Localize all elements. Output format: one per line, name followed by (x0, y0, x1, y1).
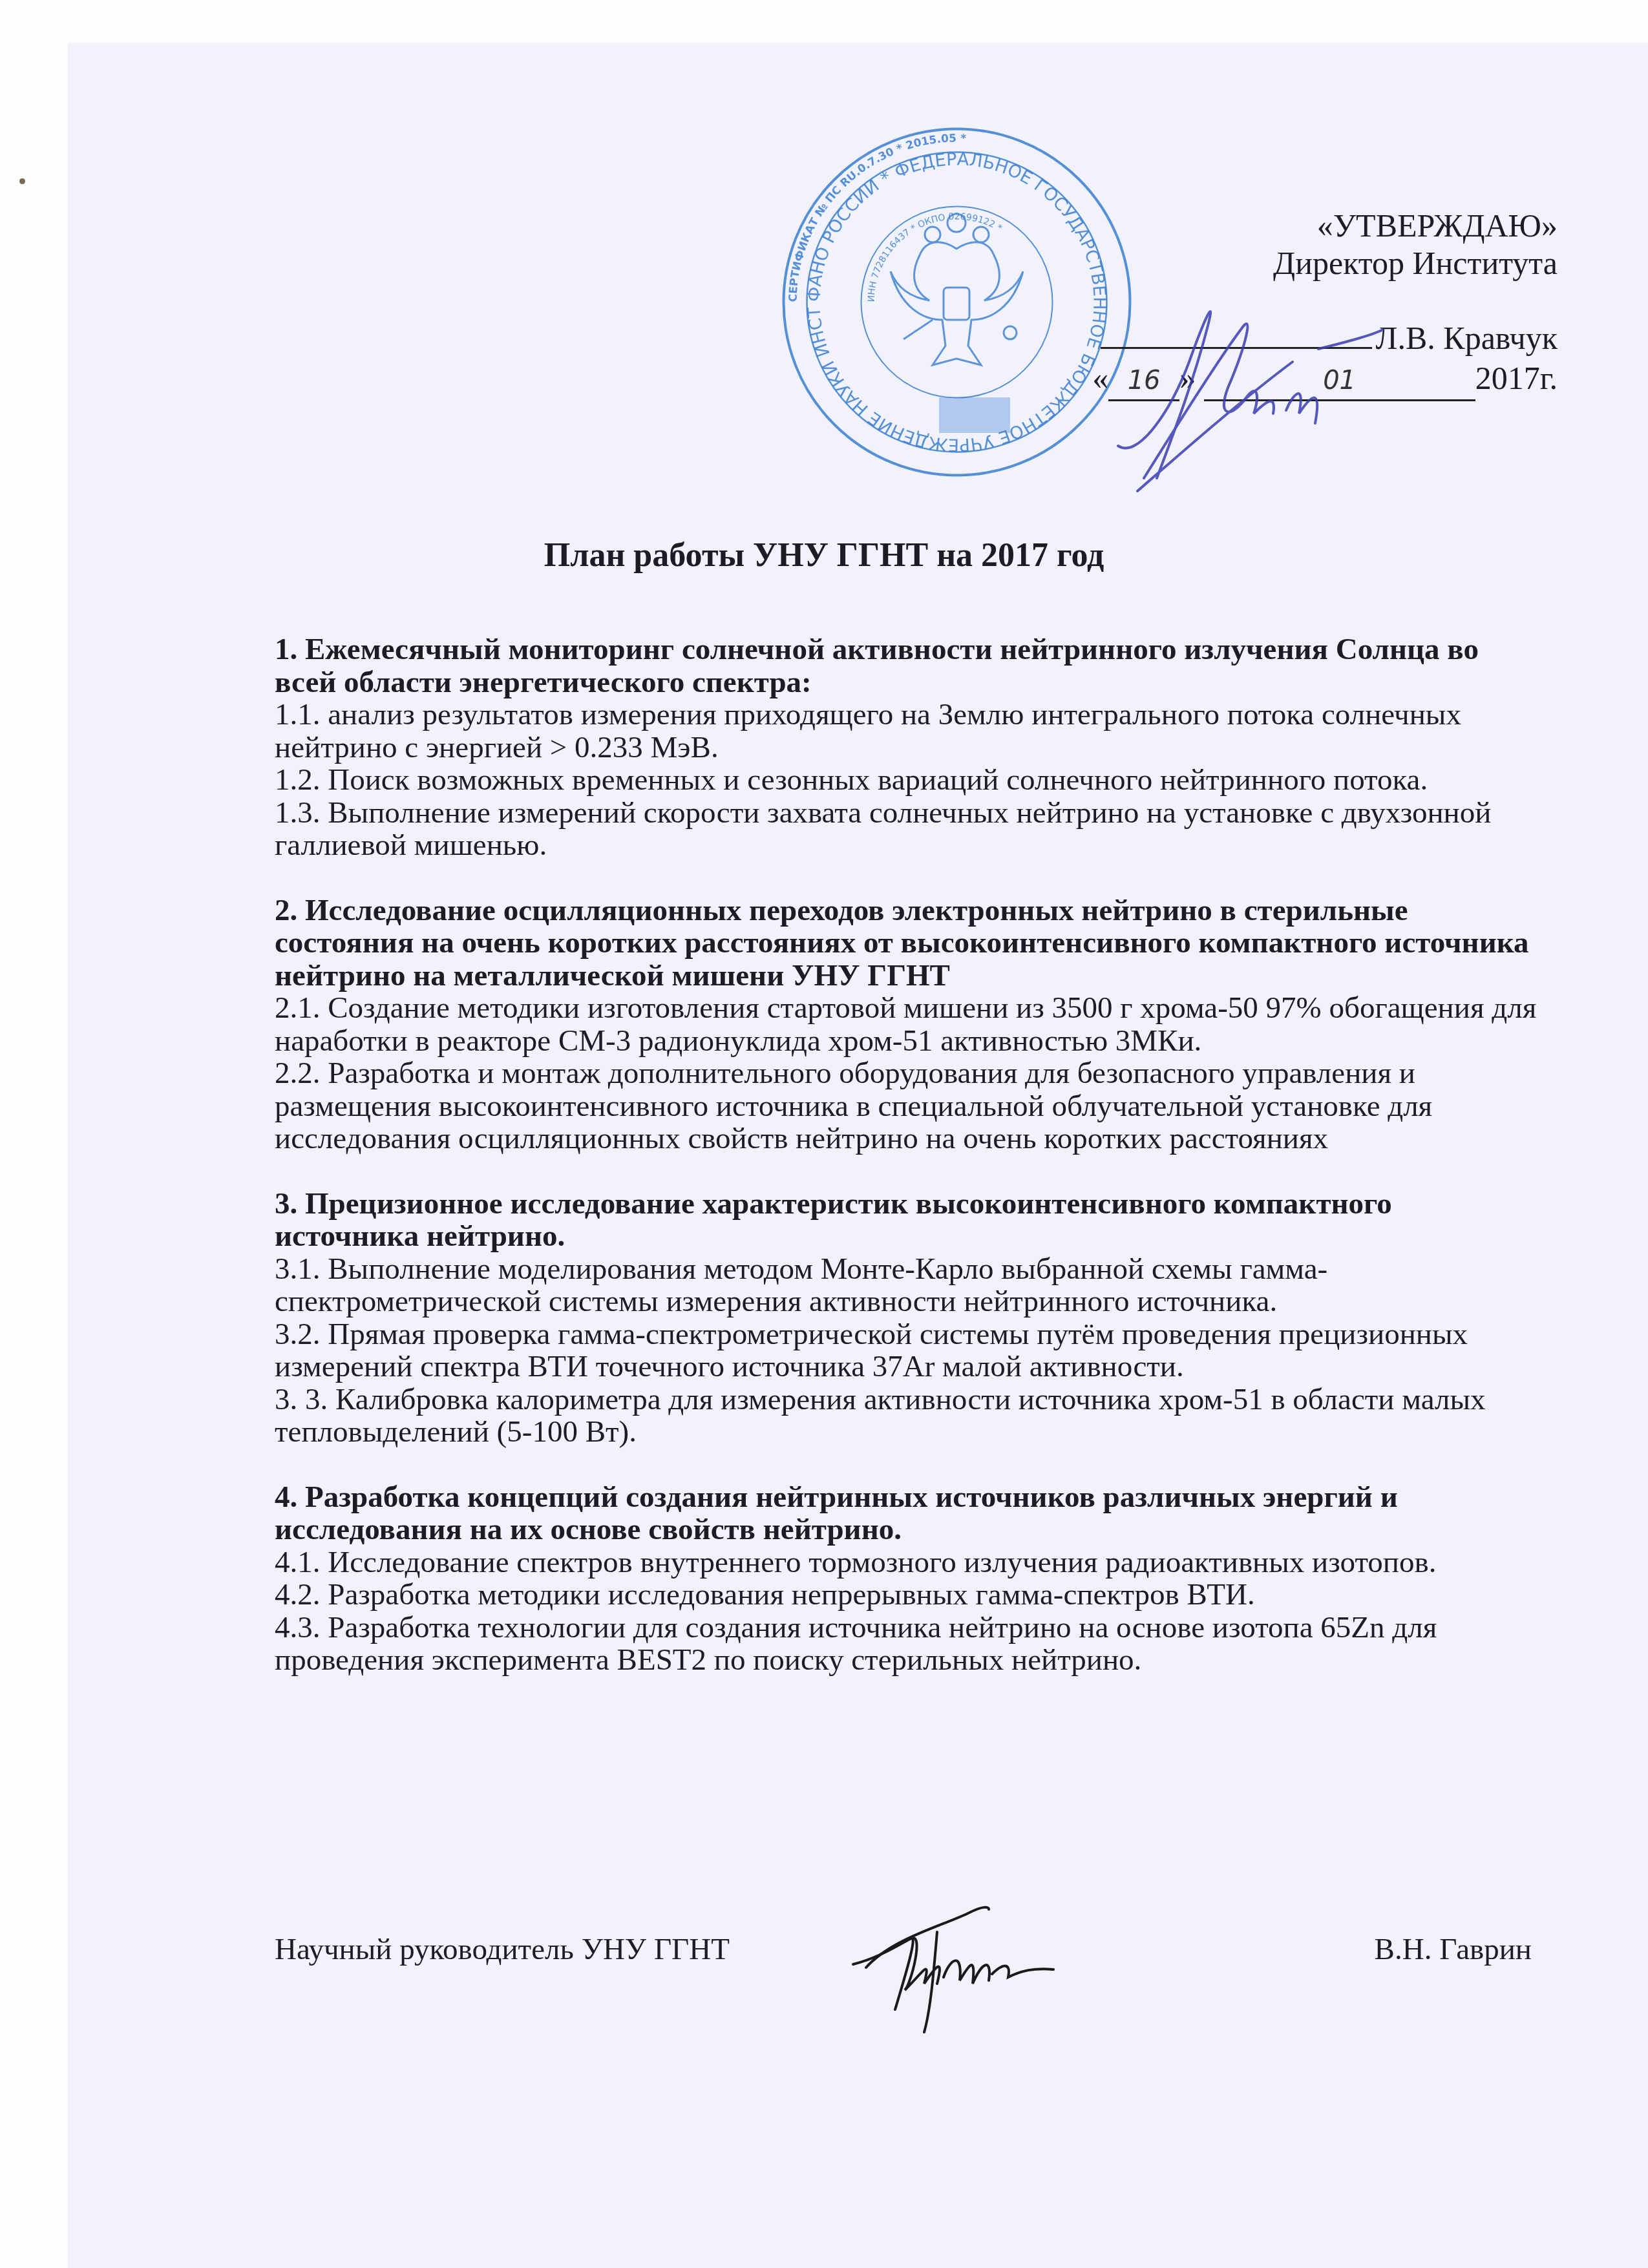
section-item: 3.2. Прямая проверка гамма-спектрометрич… (275, 1318, 1541, 1383)
date-year: 2017 (1475, 360, 1540, 396)
section-heading: 2. Исследование осцилляционных переходов… (275, 894, 1541, 992)
section-1: 1. Ежемесячный мониторинг солнечной акти… (275, 633, 1541, 862)
section-3: 3. Прецизионное исследование характерист… (275, 1188, 1541, 1449)
section-item: 2.1. Создание методики изготовления стар… (275, 992, 1541, 1057)
section-item: 4.2. Разработка методики исследования не… (275, 1579, 1541, 1612)
section-item: 1.1. анализ результатов измерения приход… (275, 698, 1541, 764)
svg-text:ИНН 7728116437 * ОКПО 02699122: ИНН 7728116437 * ОКПО 02699122 * (866, 211, 1004, 302)
section-item: 3. 3. Калибровка калориметра для измерен… (275, 1383, 1541, 1449)
scan-speck (19, 178, 25, 184)
director-position: Директор Института (1028, 244, 1558, 282)
section-item: 4.3. Разработка технологии для создания … (275, 1612, 1541, 1677)
date-day: 16 (1108, 362, 1179, 401)
approve-label: «УТВЕРЖДАЮ» (1028, 207, 1558, 244)
signer-name: В.Н. Гаврин (1375, 1932, 1532, 1967)
date-close-quote: » (1179, 360, 1196, 396)
section-item: 2.2. Разработка и монтаж дополнительного… (275, 1057, 1541, 1155)
signature-underline (1101, 321, 1372, 349)
signer-role: Научный руководитель УНУ ГГНТ (275, 1932, 730, 1967)
section-item: 1.3. Выполнение измерений скорости захва… (275, 797, 1541, 862)
section-item: 4.1. Исследование спектров внутреннего т… (275, 1546, 1541, 1579)
signer-line: Л.В. Кравчук (1028, 319, 1558, 357)
date-month: 01 (1204, 362, 1475, 401)
approval-block: «УТВЕРЖДАЮ» Директор Института Л.В. Крав… (1028, 207, 1558, 401)
scientific-lead-signature-icon (840, 1893, 1202, 2035)
section-heading: 3. Прецизионное исследование характерист… (275, 1188, 1541, 1253)
section-heading: 1. Ежемесячный мониторинг солнечной акти… (275, 633, 1541, 698)
approval-date: «16» 012017г. (1028, 359, 1558, 401)
document-title: План работы УНУ ГГНТ на 2017 год (0, 536, 1648, 574)
date-suffix: г. (1540, 360, 1558, 396)
signer-name: Л.В. Кравчук (1376, 320, 1558, 356)
work-plan-body: 1. Ежемесячный мониторинг солнечной акти… (275, 633, 1541, 1709)
section-item: 3.1. Выполнение моделирования методом Мо… (275, 1253, 1541, 1318)
section-item: 1.2. Поиск возможных временных и сезонны… (275, 764, 1541, 797)
date-open-quote: « (1092, 360, 1108, 396)
section-heading: 4. Разработка концепций создания нейтрин… (275, 1481, 1541, 1546)
section-4: 4. Разработка концепций создания нейтрин… (275, 1481, 1541, 1677)
section-2: 2. Исследование осцилляционных переходов… (275, 894, 1541, 1155)
